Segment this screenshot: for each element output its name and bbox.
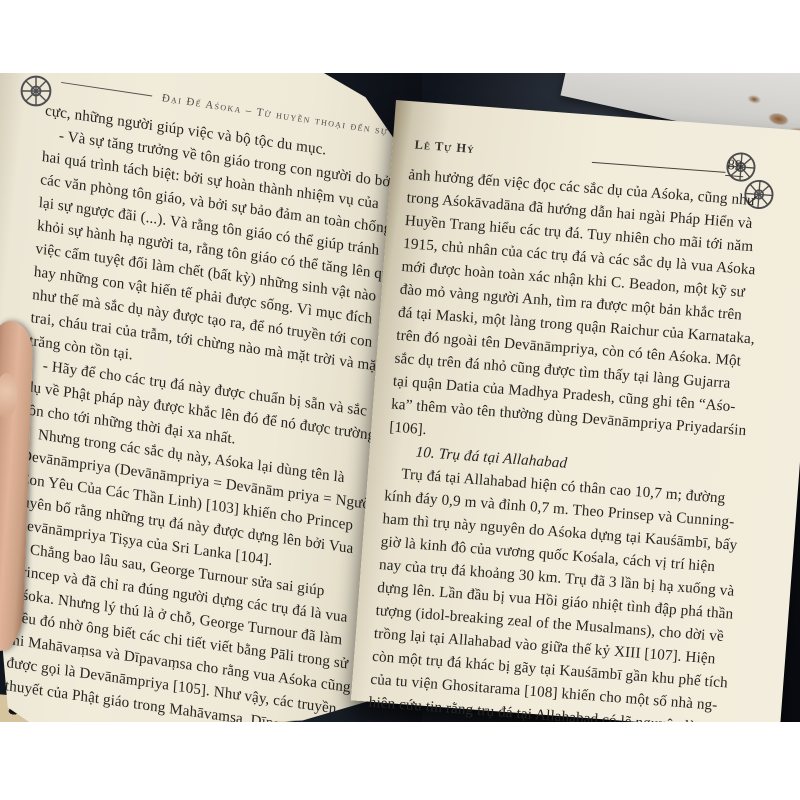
photo-mat-bottom [0, 722, 800, 800]
author-name: Lê Tự Hỷ [414, 138, 475, 157]
photo-mat-top [0, 0, 800, 73]
header-rule [592, 162, 725, 173]
page-number: 89 [725, 157, 745, 177]
thumbnail [0, 373, 18, 420]
right-page-text: ảnh hưởng đến việc đọc các sắc dụ của Aś… [364, 163, 800, 722]
header-rule [61, 82, 152, 97]
right-page: Lê Tự Hỷ 89 ảnh hưởng đến việc đọc các s… [351, 100, 800, 722]
right-paragraph-1: ảnh hưởng đến việc đọc các sắc dụ của Aś… [389, 163, 800, 468]
book-photo: Đại Đế Aśoka – Từ huyền thoại đến sự thậ… [0, 73, 800, 722]
right-paragraph-2: Trụ đá tại Allahabad hiện có thân cao 10… [364, 461, 777, 722]
